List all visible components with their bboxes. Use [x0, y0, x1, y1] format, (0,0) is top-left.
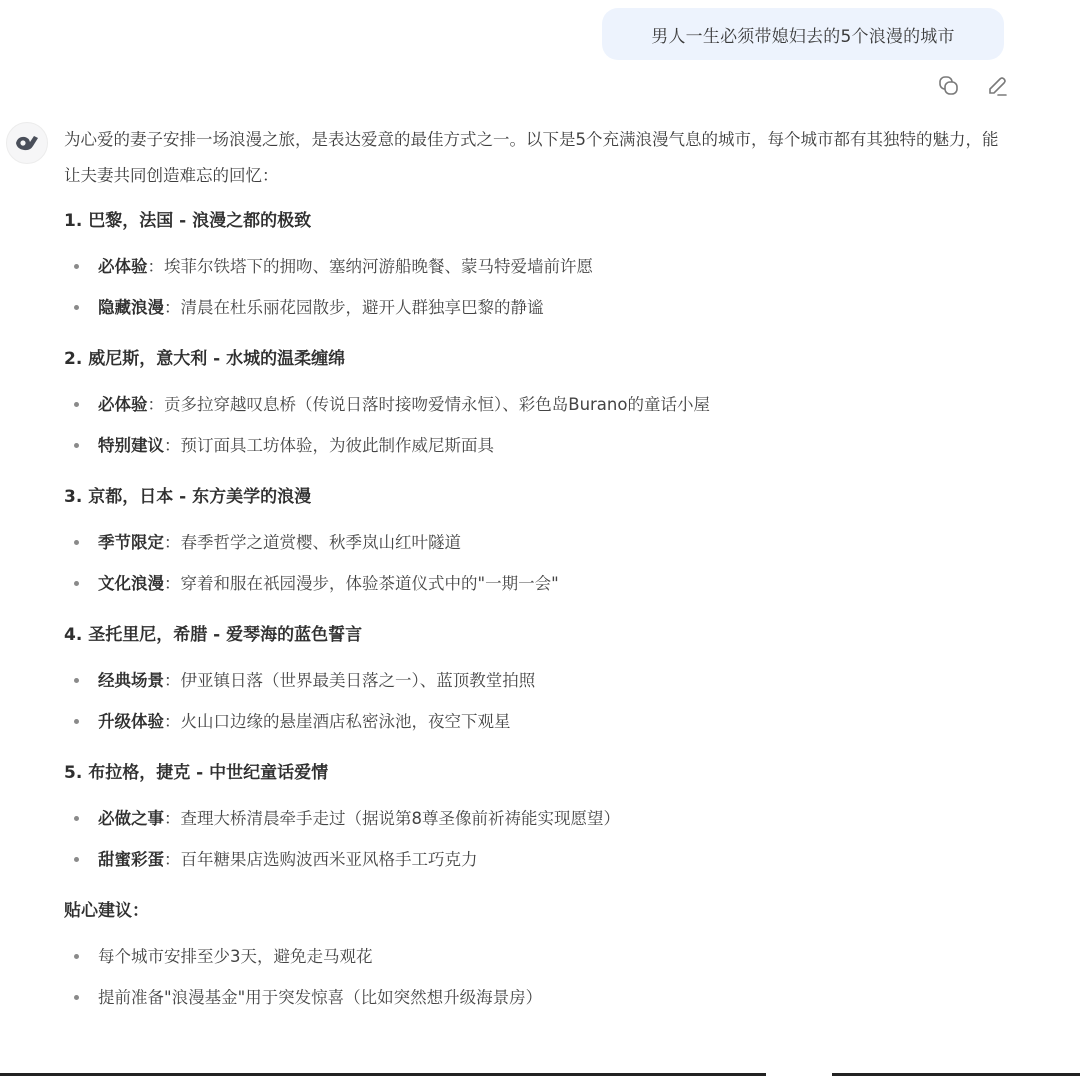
list-item: 隐藏浪漫：清晨在杜乐丽花园散步，避开人群独享巴黎的静谧: [64, 287, 1014, 328]
edit-pencil-icon: [985, 74, 1009, 98]
item-label: 隐藏浪漫: [98, 298, 164, 317]
section-venice: 2. 威尼斯，意大利 - 水城的温柔缠绵 必体验：贡多拉穿越叹息桥（传说日落时接…: [64, 334, 1014, 472]
item-label: 必做之事: [98, 809, 164, 828]
item-label: 经典场景: [98, 671, 164, 690]
list-item: 文化浪漫：穿着和服在祇园漫步，体验茶道仪式中的"一期一会": [64, 563, 1014, 604]
item-text: ：查理大桥清晨牵手走过（据说第8尊圣像前祈祷能实现愿望）: [164, 809, 620, 828]
list-item: 甜蜜彩蛋：百年糖果店选购波西米亚风格手工巧克力: [64, 839, 1014, 880]
item-text: ：预订面具工坊体验，为彼此制作威尼斯面具: [164, 436, 494, 455]
section-tips: 贴心建议： 每个城市安排至少3天，避免走马观花 提前准备"浪漫基金"用于突发惊喜…: [64, 886, 1014, 1018]
list-item: 提前准备"浪漫基金"用于突发惊喜（比如突然想升级海景房）: [64, 977, 1014, 1018]
section-title: 3. 京都，日本 - 东方美学的浪漫: [64, 472, 1014, 522]
item-text: ：火山口边缘的悬崖酒店私密泳池，夜空下观星: [164, 712, 511, 731]
copy-button[interactable]: [934, 72, 964, 100]
list-item: 每个城市安排至少3天，避免走马观花: [64, 936, 1014, 977]
item-text: ：清晨在杜乐丽花园散步，避开人群独享巴黎的静谧: [164, 298, 544, 317]
item-text: ：春季哲学之道赏樱、秋季岚山红叶隧道: [164, 533, 461, 552]
item-label: 文化浪漫: [98, 574, 164, 593]
section-title: 5. 布拉格，捷克 - 中世纪童话爱情: [64, 748, 1014, 798]
user-message-bubble: 男人一生必须带媳妇去的5个浪漫的城市: [602, 8, 1004, 60]
list-item: 必做之事：查理大桥清晨牵手走过（据说第8尊圣像前祈祷能实现愿望）: [64, 798, 1014, 839]
item-label: 特别建议: [98, 436, 164, 455]
answer-intro: 为心爱的妻子安排一场浪漫之旅，是表达爱意的最佳方式之一。以下是5个充满浪漫气息的…: [64, 122, 1014, 194]
list-item: 季节限定：春季哲学之道赏樱、秋季岚山红叶隧道: [64, 522, 1014, 563]
item-label: 季节限定: [98, 533, 164, 552]
edit-button[interactable]: [982, 72, 1012, 100]
assistant-answer: 为心爱的妻子安排一场浪漫之旅，是表达爱意的最佳方式之一。以下是5个充满浪漫气息的…: [64, 122, 1014, 1018]
section-title: 2. 威尼斯，意大利 - 水城的温柔缠绵: [64, 334, 1014, 384]
item-text: ：埃菲尔铁塔下的拥吻、塞纳河游船晚餐、蒙马特爱墙前许愿: [148, 257, 594, 276]
user-message-text: 男人一生必须带媳妇去的5个浪漫的城市: [651, 22, 954, 47]
item-text: ：伊亚镇日落（世界最美日落之一）、蓝顶教堂拍照: [164, 671, 535, 690]
item-text: ：穿着和服在祇园漫步，体验茶道仪式中的"一期一会": [164, 574, 559, 593]
list-item: 必体验：埃菲尔铁塔下的拥吻、塞纳河游船晚餐、蒙马特爱墙前许愿: [64, 246, 1014, 287]
assistant-avatar: [6, 122, 48, 164]
item-label: 必体验: [98, 257, 148, 276]
copy-icon: [937, 74, 961, 98]
section-title: 4. 圣托里尼，希腊 - 爱琴海的蓝色誓言: [64, 610, 1014, 660]
section-paris: 1. 巴黎，法国 - 浪漫之都的极致 必体验：埃菲尔铁塔下的拥吻、塞纳河游船晚餐…: [64, 196, 1014, 334]
list-item: 必体验：贡多拉穿越叹息桥（传说日落时接吻爱情永恒）、彩色岛Burano的童话小屋: [64, 384, 1014, 425]
item-label: 必体验: [98, 395, 148, 414]
tips-title: 贴心建议：: [64, 886, 1014, 936]
list-item: 经典场景：伊亚镇日落（世界最美日落之一）、蓝顶教堂拍照: [64, 660, 1014, 701]
item-text: ：百年糖果店选购波西米亚风格手工巧克力: [164, 850, 478, 869]
section-prague: 5. 布拉格，捷克 - 中世纪童话爱情 必做之事：查理大桥清晨牵手走过（据说第8…: [64, 748, 1014, 886]
section-title: 1. 巴黎，法国 - 浪漫之都的极致: [64, 196, 1014, 246]
section-santorini: 4. 圣托里尼，希腊 - 爱琴海的蓝色誓言 经典场景：伊亚镇日落（世界最美日落之…: [64, 610, 1014, 748]
assistant-logo-icon: [14, 132, 40, 154]
list-item: 升级体验：火山口边缘的悬崖酒店私密泳池，夜空下观星: [64, 701, 1014, 742]
item-label: 升级体验: [98, 712, 164, 731]
message-actions: [934, 72, 1012, 100]
item-text: ：贡多拉穿越叹息桥（传说日落时接吻爱情永恒）、彩色岛Burano的童话小屋: [148, 395, 710, 414]
list-item: 特别建议：预订面具工坊体验，为彼此制作威尼斯面具: [64, 425, 1014, 466]
item-label: 甜蜜彩蛋: [98, 850, 164, 869]
section-kyoto: 3. 京都，日本 - 东方美学的浪漫 季节限定：春季哲学之道赏樱、秋季岚山红叶隧…: [64, 472, 1014, 610]
